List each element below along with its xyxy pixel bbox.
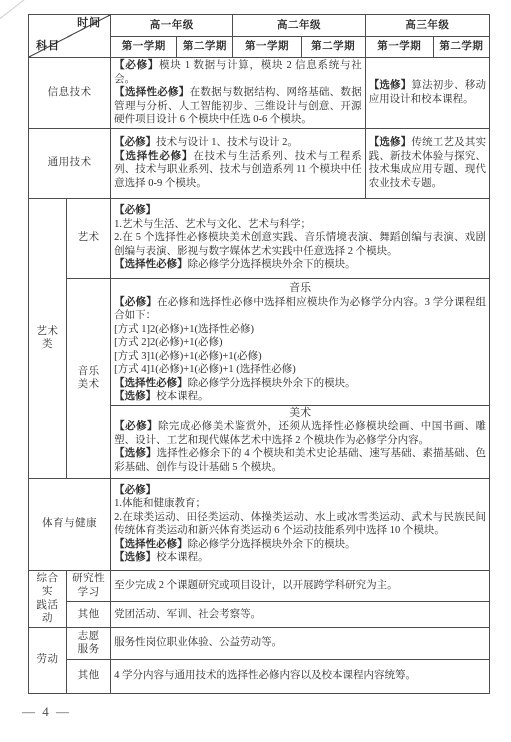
cell-pe-health: 【必修】 1.体能和健康教育； 2.在球类运动、田径类运动、体操类运动、水上或冰…: [111, 478, 490, 570]
sub-label-music-art: 音乐 美术: [67, 278, 111, 478]
corner-label-time: 时间: [77, 17, 101, 31]
elective-text: 选择性必修余下的 4 个模块和美术史论基础、速写基础、素描基础、色彩基础、创作与…: [114, 448, 486, 473]
elective-required-text: 除必修学分选择模块外余下的模块。: [188, 259, 356, 270]
grade-header-1: 高一年级: [111, 15, 233, 37]
music-section: 音乐 【必修】在必修和选择性必修中选择相应模块作为必修学分内容。3 学分课程组合…: [114, 281, 486, 405]
row-arts-art: 艺术类 艺术 【必修】 1.艺术与生活、艺术与文化、艺术与科学； 2.在 5 个…: [29, 198, 490, 278]
elective-tag: 【选修】: [369, 80, 412, 91]
subject-label-comprehensive: 综合实 践活动: [29, 570, 67, 627]
corner-header-cell: 时间 科目: [29, 15, 111, 58]
sub-label-music-line: 音乐: [70, 365, 107, 379]
sub-label-volunteer: 志愿 服务: [67, 627, 111, 659]
semester-header-6: 第二学期: [433, 37, 489, 58]
row-arts-music-art: 音乐 美术 音乐 【必修】在必修和选择性必修中选择相应模块作为必修学分内容。3 …: [29, 278, 490, 478]
row-labor-volunteer: 劳动 志愿 服务 服务性岗位职业体验、公益劳动等。: [29, 627, 490, 659]
elective-required-text: 除必修学分选择模块外余下的模块。: [188, 378, 356, 389]
cell-info-tech-main: 【必修】模块 1 数据与计算，模块 2 信息系统与社会。 【选择性必修】在数据与…: [111, 58, 366, 129]
required-tag: 【必修】: [114, 297, 157, 308]
grade-header-3: 高三年级: [365, 15, 489, 37]
cell-comprehensive-other: 党团活动、军训、社会考察等。: [111, 602, 490, 627]
cell-general-tech-main: 【必修】技术与设计 1、技术与设计 2。 【选择性必修】在技术与生活系列、技术与…: [111, 128, 366, 198]
required-text: 除完成必修美术鉴赏外，还须从选择性必修模块绘画、中国书画、雕塑、设计、工艺和现代…: [114, 421, 486, 446]
elective-tag: 【选修】: [369, 137, 412, 148]
subject-label-general-tech: 通用技术: [29, 128, 111, 198]
sub-label-other-labor: 其他: [67, 659, 111, 693]
art-item-2: 2.在 5 个选择性必修模块美术创意实践、音乐情境表演、舞蹈创编与表演、戏剧创编…: [114, 231, 486, 258]
cell-general-tech-grade3: 【选修】传统工艺及其实践、新技术体验与探究、技术集成应用专题、现代农业技术专题。: [365, 128, 489, 198]
music-option-3: [方式 3]1(必修)+1(必修)+1(必修): [114, 350, 486, 364]
row-comprehensive-other: 其他 党团活动、军训、社会考察等。: [29, 602, 490, 627]
elective-required-tag: 【选择性必修】: [114, 151, 193, 162]
pe-item-1: 1.体能和健康教育；: [114, 497, 486, 511]
subject-label-labor: 劳动: [29, 627, 67, 693]
subject-label-arts: 艺术类: [29, 198, 67, 478]
scan-edge-artifact: [0, 0, 28, 21]
music-section-title: 音乐: [114, 282, 486, 296]
elective-tag: 【选修】: [114, 552, 156, 563]
semester-header-2: 第二学期: [177, 37, 233, 58]
semester-header-4: 第二学期: [301, 37, 365, 58]
elective-tag: 【选修】: [114, 448, 157, 459]
volunteer-label-line1: 志愿: [70, 630, 107, 644]
cell-art: 【必修】 1.艺术与生活、艺术与文化、艺术与科学； 2.在 5 个选择性必修模块…: [111, 198, 490, 278]
elective-required-tag: 【选择性必修】: [114, 259, 188, 270]
page-number: — 4 —: [22, 704, 71, 720]
research-label-line2: 学习: [70, 586, 107, 600]
cell-info-tech-grade3: 【选修】算法初步、移动应用设计和校本课程。: [365, 58, 489, 129]
required-tag: 【必修】: [114, 485, 156, 496]
header-row-grades: 时间 科目 高一年级 高二年级 高三年级: [29, 15, 490, 37]
row-comprehensive-research: 综合实 践活动 研究性 学习 至少完成 2 个课题研究或项目设计，以开展跨学科研…: [29, 570, 490, 602]
row-info-tech: 信息技术 【必修】模块 1 数据与计算，模块 2 信息系统与社会。 【选择性必修…: [29, 58, 490, 129]
fine-art-section-title: 美术: [114, 407, 486, 421]
required-tag: 【必修】: [114, 137, 156, 148]
subject-label-info-tech: 信息技术: [29, 58, 111, 129]
music-option-2: [方式 2]2(必修)+1(必修): [114, 336, 486, 350]
subject-label-pe-health: 体育与健康: [29, 478, 111, 570]
elective-text: 校本课程。: [156, 552, 209, 563]
required-tag: 【必修】: [114, 60, 159, 71]
required-text: 在必修和选择性必修中选择相应模块作为必修学分内容。3 学分课程组合如下：: [114, 297, 486, 322]
sub-label-other-comprehensive: 其他: [67, 602, 111, 627]
semester-header-3: 第一学期: [233, 37, 301, 58]
cell-labor-other: 4 学分内容与通用技术的选择性必修内容以及校本课程内容统筹。: [111, 659, 490, 693]
elective-text: 校本课程。: [156, 391, 209, 402]
cell-volunteer: 服务性岗位职业体验、公益劳动等。: [111, 627, 490, 659]
required-tag: 【必修】: [114, 421, 158, 432]
required-tag: 【必修】: [114, 205, 156, 216]
music-option-4: [方式 4]1(必修)+1(必修)+1 (选择性必修): [114, 363, 486, 377]
curriculum-table: 时间 科目 高一年级 高二年级 高三年级 第一学期 第二学期 第一学期 第二学期…: [28, 14, 490, 694]
row-pe-health: 体育与健康 【必修】 1.体能和健康教育； 2.在球类运动、田径类运动、体操类运…: [29, 478, 490, 570]
comprehensive-label-line2: 践活动: [32, 599, 63, 626]
required-text: 技术与设计 1、技术与设计 2。: [156, 137, 298, 148]
sub-label-research: 研究性 学习: [67, 570, 111, 602]
music-option-1: [方式 1]2(必修)+1(选择性必修): [114, 323, 486, 337]
cell-music-art: 音乐 【必修】在必修和选择性必修中选择相应模块作为必修学分内容。3 学分课程组合…: [111, 278, 490, 478]
comprehensive-label-line1: 综合实: [32, 572, 63, 599]
document-page: 时间 科目 高一年级 高二年级 高三年级 第一学期 第二学期 第一学期 第二学期…: [0, 0, 511, 742]
cell-research: 至少完成 2 个课题研究或项目设计，以开展跨学科研究为主。: [111, 570, 490, 602]
elective-tag: 【选修】: [114, 391, 156, 402]
sub-label-art-line: 美术: [70, 378, 107, 392]
sub-label-art: 艺术: [67, 198, 111, 278]
volunteer-label-line2: 服务: [70, 643, 107, 657]
fine-art-section: 美术 【必修】除完成必修美术鉴赏外，还须从选择性必修模块绘画、中国书画、雕塑、设…: [111, 405, 489, 476]
row-labor-other: 其他 4 学分内容与通用技术的选择性必修内容以及校本课程内容统筹。: [29, 659, 490, 693]
corner-label-subject: 科目: [36, 40, 60, 54]
semester-header-1: 第一学期: [111, 37, 177, 58]
art-item-1: 1.艺术与生活、艺术与文化、艺术与科学；: [114, 218, 486, 232]
research-label-line1: 研究性: [70, 572, 107, 586]
elective-required-text: 除必修学分选择模块外余下的模块。: [188, 539, 356, 550]
elective-required-tag: 【选择性必修】: [114, 87, 189, 98]
elective-required-tag: 【选择性必修】: [114, 539, 188, 550]
grade-header-2: 高二年级: [233, 15, 365, 37]
elective-required-tag: 【选择性必修】: [114, 378, 188, 389]
row-general-tech: 通用技术 【必修】技术与设计 1、技术与设计 2。 【选择性必修】在技术与生活系…: [29, 128, 490, 198]
pe-item-2: 2.在球类运动、田径类运动、体操类运动、水上或冰雪类运动、武术与民族民间传统体育…: [114, 511, 486, 538]
semester-header-5: 第一学期: [365, 37, 433, 58]
